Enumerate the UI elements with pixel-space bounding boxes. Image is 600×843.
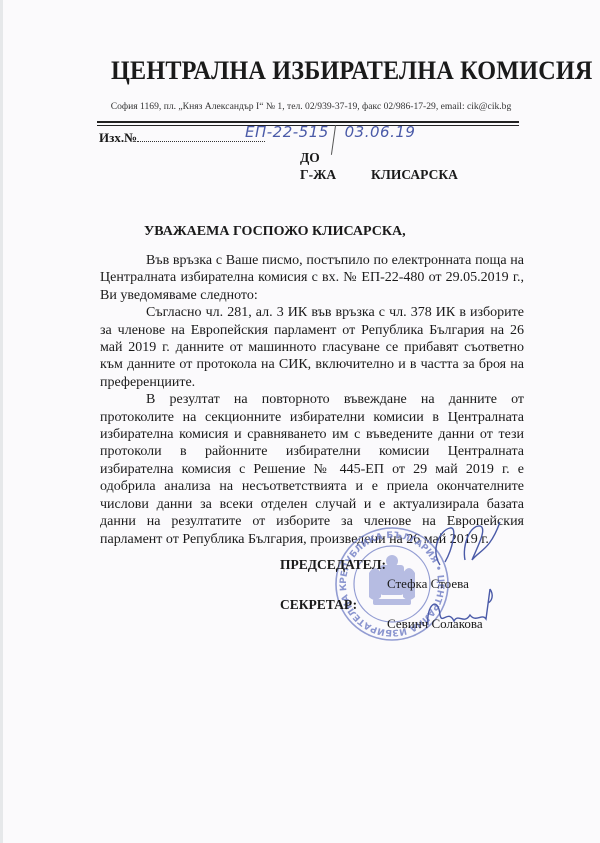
page-edge <box>0 0 3 843</box>
body-paragraph: Съгласно чл. 281, ал. 3 ИК във връзка с … <box>100 304 524 391</box>
reference-label: Изх.№ <box>99 130 137 145</box>
handwritten-date: 03.06.19 <box>345 123 416 141</box>
recipient-to: ДО <box>300 150 320 166</box>
chairman-name: Стефка Стоева <box>387 576 469 592</box>
letterhead-address: София 1169, пл. „Княз Александър I“ № 1,… <box>96 101 526 112</box>
reference-number: Изх.№ ЕП-22-515 03.06.19 <box>99 129 265 146</box>
letter-body: Във връзка с Ваше писмо, постъпило по ел… <box>100 252 524 548</box>
letter-page: ЦЕНТРАЛНА ИЗБИРАТЕЛНА КОМИСИЯ София 1169… <box>0 0 600 843</box>
recipient-title: Г-ЖА <box>300 167 336 183</box>
secretary-name: Севинч Солакова <box>387 616 483 632</box>
handwritten-number: ЕП-22-515 <box>245 123 329 141</box>
recipient-name: КЛИСАРСКА <box>371 167 458 183</box>
chairman-signature-icon <box>410 520 510 570</box>
handwritten-reference: ЕП-22-515 03.06.19 <box>245 123 415 141</box>
letterhead-title: ЦЕНТРАЛНА ИЗБИРАТЕЛНА КОМИСИЯ <box>111 56 511 86</box>
body-paragraph: Във връзка с Ваше писмо, постъпило по ел… <box>100 252 524 304</box>
secretary-role: СЕКРЕТАР: <box>280 597 357 613</box>
salutation: УВАЖАЕМА ГОСПОЖО КЛИСАРСКА, <box>144 224 406 240</box>
chairman-role: ПРЕДСЕДАТЕЛ: <box>280 557 386 573</box>
